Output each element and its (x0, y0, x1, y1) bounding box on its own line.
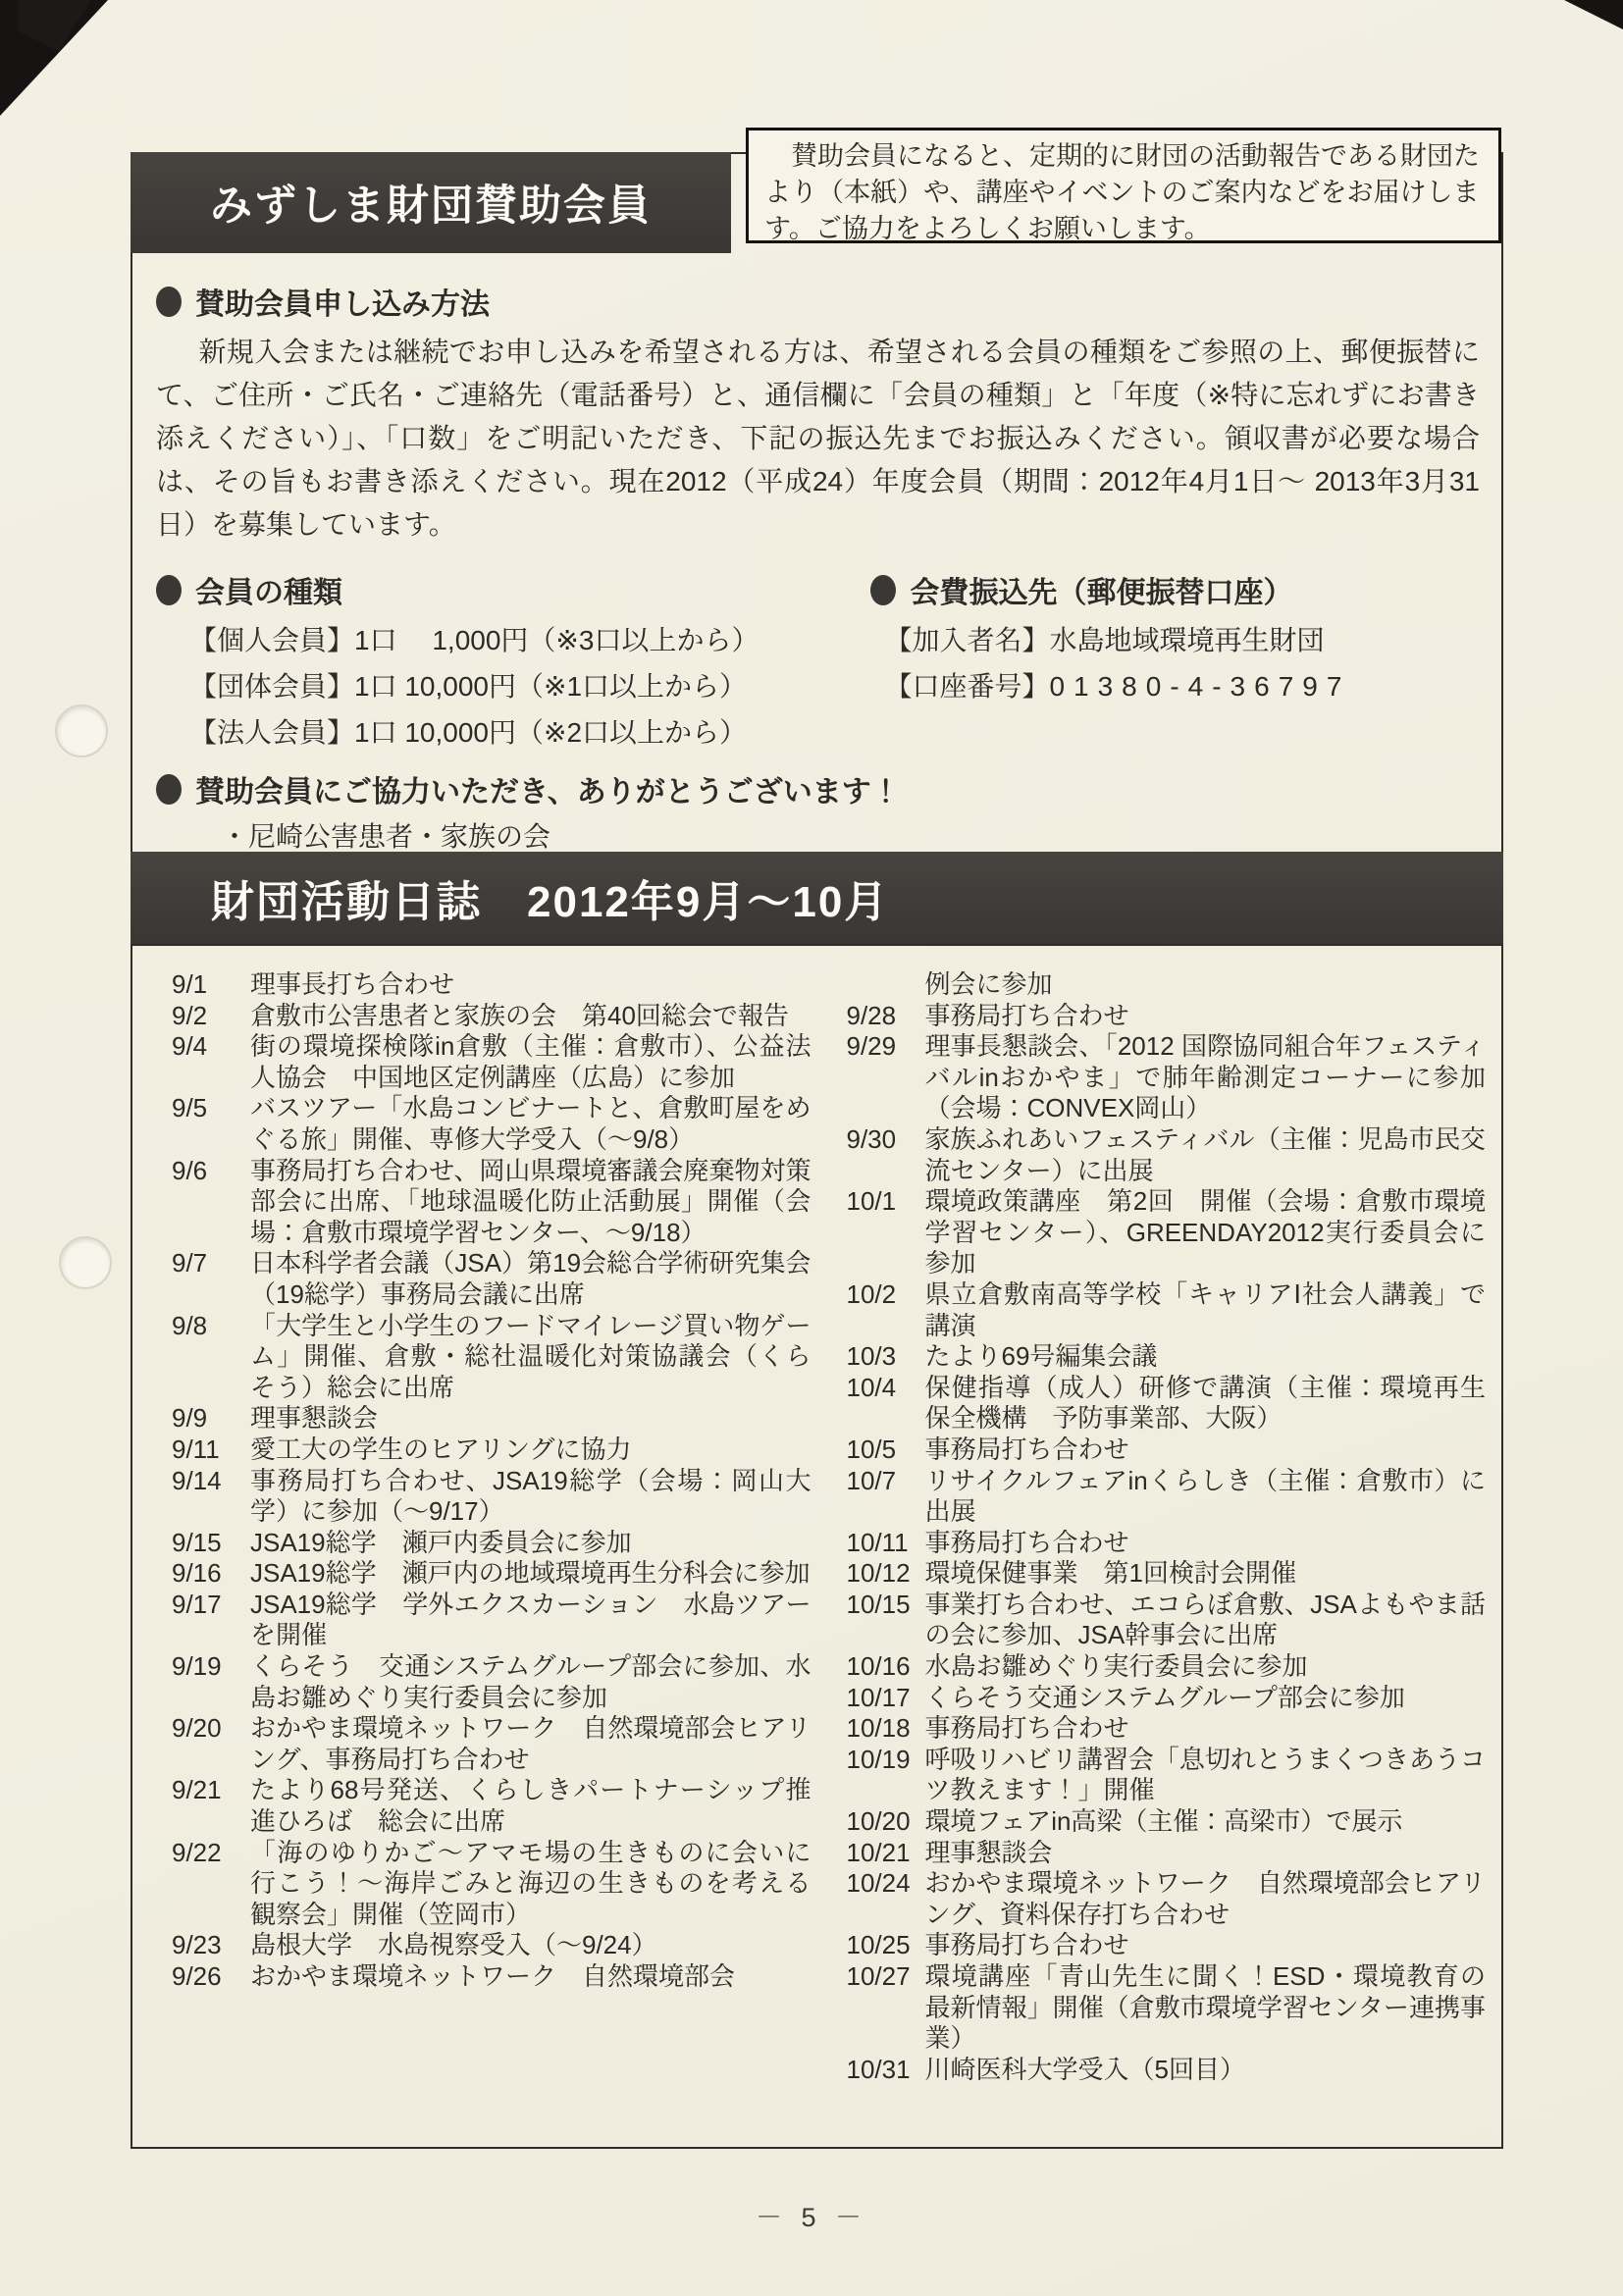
diary-entry-date: 9/23 (172, 1930, 250, 1961)
diary-entry: 10/3 たより69号編集会議 (847, 1341, 1487, 1373)
diary-entry-text: 事業打ち合わせ、エコらぼ倉敷、JSAよもやま話の会に参加、JSA幹事会に出席 (925, 1590, 1487, 1651)
diary-entry: 9/11 愛工大の学生のヒアリングに協力 (172, 1435, 811, 1466)
diary-entry: 10/31 川崎医科大学受入（5回目） (847, 2055, 1487, 2086)
diary-entry-text: 事務局打ち合わせ (925, 1930, 1487, 1961)
apply-method-body: 新規入会または継続でお申し込みを希望される方は、希望される会員の種類をご参照の上… (156, 331, 1480, 547)
diary-entry-text: 倉敷市公害患者と家族の会 第40回総会で報告 (250, 1001, 811, 1032)
diary-entry-text: くらそう交通システムグループ部会に参加 (925, 1683, 1487, 1714)
diary-entry-text: 環境保健事業 第1回検討会開催 (925, 1558, 1487, 1590)
diary-entry-date: 9/9 (172, 1403, 250, 1435)
diary-entry-date (847, 969, 925, 1001)
punch-hole-icon (59, 1236, 112, 1289)
diary-entry: 10/7 リサイクルフェアinくらしき（主催：倉敷市）に出展 (847, 1466, 1487, 1528)
diary-entry-text: 愛工大の学生のヒアリングに協力 (250, 1435, 811, 1466)
diary-entry-text: 理事懇談会 (925, 1838, 1487, 1869)
diary-entry-date: 9/20 (172, 1713, 250, 1775)
diary-entry-text: 環境講座「青山先生に聞く！ESD・環境教育の最新情報」開催（倉敷市環境学習センタ… (925, 1961, 1487, 2055)
diary-entry: 9/17 JSA19総学 学外エクスカーション 水島ツアーを開催 (172, 1590, 811, 1651)
diary-entry: 9/9 理事懇談会 (172, 1403, 811, 1435)
membership-types-column: 会員の種類 【個人会員】1口 1,000円（※3口以上から） 【団体会員】1口 … (156, 556, 870, 756)
diary-entry-date: 10/21 (847, 1838, 925, 1869)
thanks-heading: 賛助会員にご協力いただき、ありがとうございます！ (156, 767, 1480, 810)
diary-entry: 10/11 事務局打ち合わせ (847, 1528, 1487, 1559)
diary-entry: 9/14 事務局打ち合わせ、JSA19総学（会場：岡山大学）に参加（～9/17） (172, 1466, 811, 1528)
intro-text: 賛助会員になると、定期的に財団の活動報告である財団たより（本紙）や、講座やイベン… (764, 138, 1485, 247)
diary-entry-date: 9/5 (172, 1093, 250, 1155)
apply-method-heading: 賛助会員申し込み方法 (156, 280, 1480, 323)
diary-entry-date: 10/11 (847, 1528, 925, 1559)
bullet-icon (156, 287, 182, 317)
diary-entry-date: 10/24 (847, 1868, 925, 1930)
diary-entry-date: 9/2 (172, 1001, 250, 1032)
membership-types-heading-label: 会員の種類 (195, 568, 342, 611)
diary-entry-text: くらそう 交通システムグループ部会に参加、水島お雛めぐり実行委員会に参加 (250, 1651, 811, 1713)
diary-entry-date: 9/4 (172, 1031, 250, 1093)
diary-entry-text: 保健指導（成人）研修で講演（主催：環境再生保全機構 予防事業部、大阪） (925, 1373, 1487, 1435)
diary-entry-text: 「大学生と小学生のフードマイレージ買い物ゲーム」開催、倉敷・総社温暖化対策協議会… (250, 1311, 811, 1404)
diary-entry-date: 9/21 (172, 1775, 250, 1837)
diary-entry-date: 10/12 (847, 1558, 925, 1590)
diary-entry-text: 理事長打ち合わせ (250, 969, 811, 1001)
diary-entry: 10/12 環境保健事業 第1回検討会開催 (847, 1558, 1487, 1590)
diary-entry: 9/19 くらそう 交通システムグループ部会に参加、水島お雛めぐり実行委員会に参… (172, 1651, 811, 1713)
diary-entry-date: 9/16 (172, 1558, 250, 1590)
membership-type-list: 【個人会員】1口 1,000円（※3口以上から） 【団体会員】1口 10,000… (156, 617, 870, 756)
diary-entry: 9/28 事務局打ち合わせ (847, 1001, 1487, 1032)
diary-right-column: 例会に参加 9/28 事務局打ち合わせ 9/29 理事長懇談会、「2012 国際… (847, 969, 1487, 2135)
diary-entry-date: 10/17 (847, 1683, 925, 1714)
bullet-icon (156, 575, 182, 605)
diary-entry: 10/5 事務局打ち合わせ (847, 1435, 1487, 1466)
diary-entry-text: 事務局打ち合わせ、岡山県環境審議会廃棄物対策部会に出席、「地球温暖化防止活動展」… (250, 1156, 811, 1249)
diary-entry-date: 9/19 (172, 1651, 250, 1713)
intro-note-box: 賛助会員になると、定期的に財団の活動報告である財団たより（本紙）や、講座やイベン… (746, 128, 1501, 243)
membership-type-item: 【団体会員】1口 10,000円（※1口以上から） (189, 663, 870, 709)
diary-entry-text: たより69号編集会議 (925, 1341, 1487, 1373)
diary-entry-text: 家族ふれあいフェスティバル（主催：児島市民交流センター）に出展 (925, 1124, 1487, 1186)
diary-entry: 9/1 理事長打ち合わせ (172, 969, 811, 1001)
diary-entry-date: 9/6 (172, 1156, 250, 1249)
diary-entry-text: 理事懇談会 (250, 1403, 811, 1435)
diary-entry-text: 事務局打ち合わせ、JSA19総学（会場：岡山大学）に参加（～9/17） (250, 1466, 811, 1528)
diary-entry: 10/2 県立倉敷南高等学校「キャリアⅠ社会人講義」で講演 (847, 1279, 1487, 1341)
section1-title: みずしま財団賛助会員 (210, 173, 652, 233)
apply-method-heading-label: 賛助会員申し込み方法 (195, 280, 490, 323)
diary-entry-text: 事務局打ち合わせ (925, 1001, 1487, 1032)
diary-entry-date: 9/22 (172, 1838, 250, 1931)
diary-entry-text: 川崎医科大学受入（5回目） (925, 2055, 1487, 2086)
diary-entry-text: 事務局打ち合わせ (925, 1435, 1487, 1466)
diary-entry: 9/30 家族ふれあいフェスティバル（主催：児島市民交流センター）に出展 (847, 1124, 1487, 1186)
supporting-members-section: みずしま財団賛助会員 賛助会員になると、定期的に財団の活動報告である財団たより（… (131, 152, 1503, 917)
diary-entry: 10/4 保健指導（成人）研修で講演（主催：環境再生保全機構 予防事業部、大阪） (847, 1373, 1487, 1435)
diary-entry: 9/23 島根大学 水島視察受入（～9/24） (172, 1930, 811, 1961)
membership-types-heading: 会員の種類 (156, 568, 870, 611)
payee-label: 【加入者名】 (884, 625, 1049, 655)
activity-diary-box: 9/1 理事長打ち合わせ 9/2 倉敷市公害患者と家族の会 第40回総会で報告 … (131, 944, 1503, 2149)
diary-entry-date: 9/1 (172, 969, 250, 1001)
account-line: 【口座番号】01380-4-36797 (870, 663, 1480, 709)
bullet-icon (870, 575, 896, 605)
diary-entry: 9/8 「大学生と小学生のフードマイレージ買い物ゲーム」開催、倉敷・総社温暖化対… (172, 1311, 811, 1404)
diary-entry: 9/6 事務局打ち合わせ、岡山県環境審議会廃棄物対策部会に出席、「地球温暖化防止… (172, 1156, 811, 1249)
diary-entry-date: 9/30 (847, 1124, 925, 1186)
diary-entry: 10/25 事務局打ち合わせ (847, 1930, 1487, 1961)
thanks-heading-label: 賛助会員にご協力いただき、ありがとうございます！ (195, 767, 901, 810)
diary-entry-date: 9/14 (172, 1466, 250, 1528)
membership-type-item: 【法人会員】1口 10,000円（※2口以上から） (189, 709, 870, 756)
diary-entry: 10/1 環境政策講座 第2回 開催（会場：倉敷市環境学習センター）、GREEN… (847, 1186, 1487, 1279)
diary-entry-text: JSA19総学 学外エクスカーション 水島ツアーを開催 (250, 1590, 811, 1651)
diary-entry-date: 9/17 (172, 1590, 250, 1651)
diary-entry: 10/24 おかやま環境ネットワーク 自然環境部会ヒアリング、資料保存打ち合わせ (847, 1868, 1487, 1930)
diary-entry-date: 10/31 (847, 2055, 925, 2086)
diary-entry-date: 9/8 (172, 1311, 250, 1404)
diary-entry: 9/4 街の環境探検隊in倉敷（主催：倉敷市）、公益法人協会 中国地区定例講座（… (172, 1031, 811, 1093)
account-label: 【口座番号】 (884, 671, 1049, 702)
scanned-newsletter-page: みずしま財団賛助会員 賛助会員になると、定期的に財団の活動報告である財団たより（… (0, 0, 1623, 2296)
diary-entry: 10/15 事業打ち合わせ、エコらぼ倉敷、JSAよもやま話の会に参加、JSA幹事… (847, 1590, 1487, 1651)
section1-body: 賛助会員申し込み方法 新規入会または継続でお申し込みを希望される方は、希望される… (132, 154, 1501, 915)
diary-entry-text: 島根大学 水島視察受入（～9/24） (250, 1930, 811, 1961)
diary-entry: 9/20 おかやま環境ネットワーク 自然環境部会ヒアリング、事務局打ち合わせ (172, 1713, 811, 1775)
diary-entry: 9/15 JSA19総学 瀬戸内委員会に参加 (172, 1528, 811, 1559)
diary-entry-date: 10/18 (847, 1713, 925, 1745)
diary-entry: 9/21 たより68号発送、くらしきパートナーシップ推進ひろば 総会に出席 (172, 1775, 811, 1837)
diary-entry-text: 水島お雛めぐり実行委員会に参加 (925, 1651, 1487, 1683)
account-number: 01380-4-36797 (1049, 671, 1350, 702)
diary-entry-date: 10/2 (847, 1279, 925, 1341)
diary-entry: 10/19 呼吸リハビリ講習会「息切れとうまくつきあうコツ教えます！」開催 (847, 1745, 1487, 1806)
diary-entry: 9/5 バスツアー「水島コンビナートと、倉敷町屋をめぐる旅」開催、専修大学受入（… (172, 1093, 811, 1155)
diary-entry-text: おかやま環境ネットワーク 自然環境部会ヒアリング、資料保存打ち合わせ (925, 1868, 1487, 1930)
diary-entry-text: 環境政策講座 第2回 開催（会場：倉敷市環境学習センター）、GREENDAY20… (925, 1186, 1487, 1279)
diary-entry-text: 事務局打ち合わせ (925, 1528, 1487, 1559)
diary-entry-date: 9/11 (172, 1435, 250, 1466)
diary-entry: 9/29 理事長懇談会、「2012 国際協同組合年フェスティバルinおかやま」で… (847, 1031, 1487, 1124)
diary-entry-text: 県立倉敷南高等学校「キャリアⅠ社会人講義」で講演 (925, 1279, 1487, 1341)
diary-entry-text: 環境フェアin高梁（主催：高梁市）で展示 (925, 1806, 1487, 1838)
diary-entry-date: 9/28 (847, 1001, 925, 1032)
diary-entry: 10/20 環境フェアin高梁（主催：高梁市）で展示 (847, 1806, 1487, 1838)
diary-entry: 10/16 水島お雛めぐり実行委員会に参加 (847, 1651, 1487, 1683)
payment-heading-label: 会費振込先（郵便振替口座） (910, 568, 1292, 611)
diary-entry-date: 10/19 (847, 1745, 925, 1806)
diary-entry-text: 「海のゆりかご～アマモ場の生きものに会いに行こう！～海岸ごみと海辺の生きものを考… (250, 1838, 811, 1931)
diary-entry-date: 10/27 (847, 1961, 925, 2055)
diary-entry-date: 10/4 (847, 1373, 925, 1435)
diary-entry-text: おかやま環境ネットワーク 自然環境部会ヒアリング、事務局打ち合わせ (250, 1713, 811, 1775)
diary-entry-text: バスツアー「水島コンビナートと、倉敷町屋をめぐる旅」開催、専修大学受入（～9/8… (250, 1093, 811, 1155)
diary-entry: 10/17 くらそう交通システムグループ部会に参加 (847, 1683, 1487, 1714)
diary-entry: 9/26 おかやま環境ネットワーク 自然環境部会 (172, 1961, 811, 1993)
diary-entry-text: リサイクルフェアinくらしき（主催：倉敷市）に出展 (925, 1466, 1487, 1528)
diary-entry-text: たより68号発送、くらしきパートナーシップ推進ひろば 総会に出席 (250, 1775, 811, 1837)
payee-name: 水島地域環境再生財団 (1049, 625, 1324, 655)
diary-entry-date: 9/15 (172, 1528, 250, 1559)
payee-line: 【加入者名】水島地域環境再生財団 (870, 617, 1480, 663)
diary-entry-text: おかやま環境ネットワーク 自然環境部会 (250, 1961, 811, 1993)
diary-entry: 10/18 事務局打ち合わせ (847, 1713, 1487, 1745)
membership-columns: 会員の種類 【個人会員】1口 1,000円（※3口以上から） 【団体会員】1口 … (156, 556, 1480, 756)
bullet-icon (156, 774, 182, 805)
diary-entry-date: 10/1 (847, 1186, 925, 1279)
diary-entry-date: 10/16 (847, 1651, 925, 1683)
diary-entry-date: 9/29 (847, 1031, 925, 1124)
page-number: － 5 － (0, 2196, 1623, 2234)
section1-title-bar: みずしま財団賛助会員 (131, 152, 731, 253)
diary-entry: 10/27 環境講座「青山先生に聞く！ESD・環境教育の最新情報」開催（倉敷市環… (847, 1961, 1487, 2055)
membership-type-item: 【個人会員】1口 1,000円（※3口以上から） (189, 617, 870, 663)
diary-entry-text: 事務局打ち合わせ (925, 1713, 1487, 1745)
diary-left-column: 9/1 理事長打ち合わせ 9/2 倉敷市公害患者と家族の会 第40回総会で報告 … (172, 969, 811, 2135)
diary-entry: 10/21 理事懇談会 (847, 1838, 1487, 1869)
diary-entry: 例会に参加 (847, 969, 1487, 1001)
diary-entry: 9/7 日本科学者会議（JSA）第19会総合学術研究集会（19総学）事務局会議に… (172, 1248, 811, 1310)
diary-entry-date: 10/3 (847, 1341, 925, 1373)
payment-heading: 会費振込先（郵便振替口座） (870, 568, 1480, 611)
diary-entry-text: 日本科学者会議（JSA）第19会総合学術研究集会（19総学）事務局会議に出席 (250, 1248, 811, 1310)
diary-entry-text: JSA19総学 瀬戸内の地域環境再生分科会に参加 (250, 1558, 811, 1590)
diary-entry-text: JSA19総学 瀬戸内委員会に参加 (250, 1528, 811, 1559)
diary-entry-text: 街の環境探検隊in倉敷（主催：倉敷市）、公益法人協会 中国地区定例講座（広島）に… (250, 1031, 811, 1093)
diary-entry-date: 10/5 (847, 1435, 925, 1466)
diary-entry: 9/22 「海のゆりかご～アマモ場の生きものに会いに行こう！～海岸ごみと海辺の生… (172, 1838, 811, 1931)
diary-entry-date: 10/7 (847, 1466, 925, 1528)
diary-entry: 9/2 倉敷市公害患者と家族の会 第40回総会で報告 (172, 1001, 811, 1032)
diary-entry-text: 理事長懇談会、「2012 国際協同組合年フェスティバルinおかやま」で肺年齢測定… (925, 1031, 1487, 1124)
diary-title-bar: 財団活動日誌 2012年9月～10月 (131, 852, 1503, 944)
diary-entry-text: 例会に参加 (925, 969, 1487, 1001)
diary-title: 財団活動日誌 2012年9月～10月 (211, 866, 889, 929)
diary-entry-date: 9/7 (172, 1248, 250, 1310)
diary-entry-date: 10/20 (847, 1806, 925, 1838)
diary-entry-date: 10/15 (847, 1590, 925, 1651)
payment-info-column: 会費振込先（郵便振替口座） 【加入者名】水島地域環境再生財団 【口座番号】013… (870, 556, 1480, 756)
punch-hole-icon (55, 704, 108, 757)
diary-entry-text: 呼吸リハビリ講習会「息切れとうまくつきあうコツ教えます！」開催 (925, 1745, 1487, 1806)
diary-entry-date: 10/25 (847, 1930, 925, 1961)
diary-entry: 9/16 JSA19総学 瀬戸内の地域環境再生分科会に参加 (172, 1558, 811, 1590)
scan-artifact-corner-icon (1564, 0, 1623, 29)
diary-entry-date: 9/26 (172, 1961, 250, 1993)
